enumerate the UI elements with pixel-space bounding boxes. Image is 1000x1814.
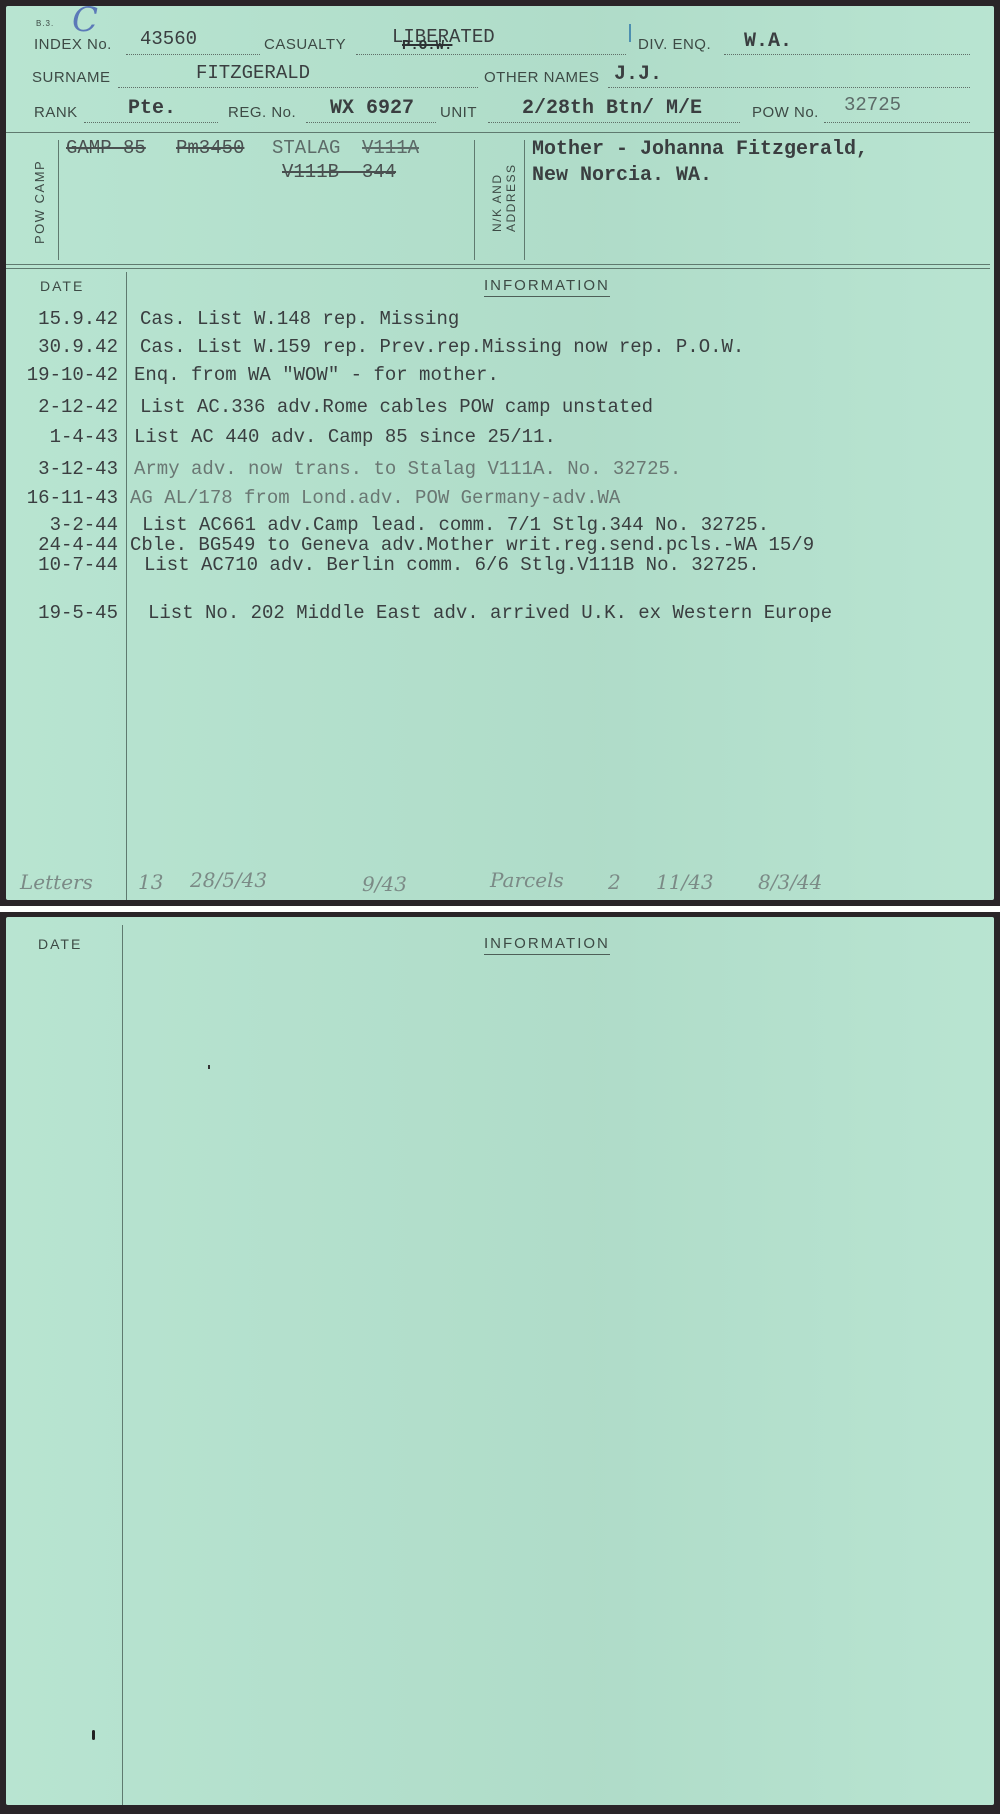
entry-date: 2-12-42 [6,396,118,418]
other-names-label: OTHER NAMES [484,69,600,86]
div-enq-label: DIV. ENQ. [638,36,711,53]
parcels-label: Parcels [490,868,564,892]
entry-text: Cas. List W.159 rep. Prev.rep.Missing no… [140,336,744,358]
entry-text: Cble. BG549 to Geneva adv.Mother writ.re… [130,534,814,556]
letters-date-2: 9/43 [362,872,407,896]
ink-mark [92,1730,95,1740]
other-names-line [608,87,970,88]
pow-no-label: POW No. [752,104,819,121]
nok-line-2: New Norcia. WA. [532,164,712,187]
entry-text: List AC 440 adv. Camp 85 since 25/11. [134,426,556,448]
pow-camp-current: STALAG [272,137,340,159]
entry-date: 19-10-42 [6,364,118,386]
unit-line [488,122,740,123]
pow-camp-struck-1: GAMP 85 [66,137,146,159]
surname-label: SURNAME [32,69,111,86]
div-enq-line [724,54,970,55]
information-heading-back: INFORMATION [484,935,610,955]
parcels-count: 2 [608,870,621,894]
pencil-tick [629,24,631,42]
surname-line [118,87,478,88]
card-back: DATE INFORMATION [6,917,994,1805]
entry-text: Cas. List W.148 rep. Missing [140,308,459,330]
date-column-divider-back [122,925,123,1805]
reg-no-value: WX 6927 [330,97,414,120]
casualty-struck-value: P.O.W. [402,38,452,54]
card-front: B.3. C INDEX No. 43560 CASUALTY LIBERATE… [6,6,994,900]
pow-no-line [824,122,970,123]
rank-line [84,122,218,123]
date-heading-back: DATE [38,936,82,952]
rank-label: RANK [34,104,78,121]
div-enq-value: W.A. [744,30,792,53]
casualty-line [356,54,626,55]
nok-divider-right [524,140,525,260]
entry-date: 30.9.42 [6,336,118,358]
reg-no-line [306,122,436,123]
date-column-divider [126,272,127,900]
unit-label: UNIT [440,104,477,121]
reg-no-label: REG. No. [228,104,296,121]
letters-date-1: 28/5/43 [190,868,267,892]
pow-camp-struck-4: V111B- 344 [282,161,396,183]
unit-value: 2/28th Btn/ M/E [522,97,702,120]
entry-date: 16-11-43 [6,487,118,509]
nok-divider-left [474,140,475,260]
pow-camp-divider [58,140,59,260]
entry-date: 3-12-43 [6,458,118,480]
entry-text: List No. 202 Middle East adv. arrived U.… [148,602,832,624]
index-no-line [126,54,260,55]
header-divider [6,132,994,133]
entry-text: List AC710 adv. Berlin comm. 6/6 Stlg.V1… [144,554,760,576]
nok-label-2: ADDRESS [504,163,518,232]
pow-camp-label: POW CAMP [32,160,47,244]
entry-date: 24-4-44 [6,534,118,556]
pow-no-value: 32725 [844,94,901,116]
pow-camp-struck-2: Pm3450 [176,137,244,159]
letters-count: 13 [138,870,163,894]
nok-line-1: Mother - Johanna Fitzgerald, [532,138,868,161]
entry-text: List AC.336 adv.Rome cables POW camp uns… [140,396,653,418]
date-heading: DATE [40,278,84,294]
parcels-date-1: 11/43 [656,870,714,894]
entry-text: Army adv. now trans. to Stalag V111A. No… [134,458,681,480]
section-divider-top [6,264,990,265]
entry-date: 15.9.42 [6,308,118,330]
other-names-value: J.J. [614,63,662,86]
speck-mark [208,1065,210,1069]
nok-label-1: N/K AND [490,173,504,232]
entry-date: 10-7-44 [6,554,118,576]
rank-value: Pte. [128,97,176,120]
casualty-label: CASUALTY [264,36,346,53]
pencil-annotation: C [72,0,98,40]
entry-text: AG AL/178 from Lond.adv. POW Germany-adv… [130,487,620,509]
form-code: B.3. [36,19,54,28]
entry-text: Enq. from WA "WOW" - for mother. [134,364,499,386]
index-no-value: 43560 [140,28,197,50]
surname-value: FITZGERALD [196,62,310,84]
letters-label: Letters [20,870,93,894]
entry-date: 19-5-45 [6,602,118,624]
section-divider-bottom [6,268,990,269]
index-no-label: INDEX No. [34,36,112,53]
parcels-date-2: 8/3/44 [758,870,822,894]
information-heading: INFORMATION [484,277,610,297]
pow-camp-struck-3: V111A [362,137,419,159]
entry-date: 1-4-43 [6,426,118,448]
entry-date: 3-2-44 [6,514,118,536]
entry-text: List AC661 adv.Camp lead. comm. 7/1 Stlg… [142,514,769,536]
